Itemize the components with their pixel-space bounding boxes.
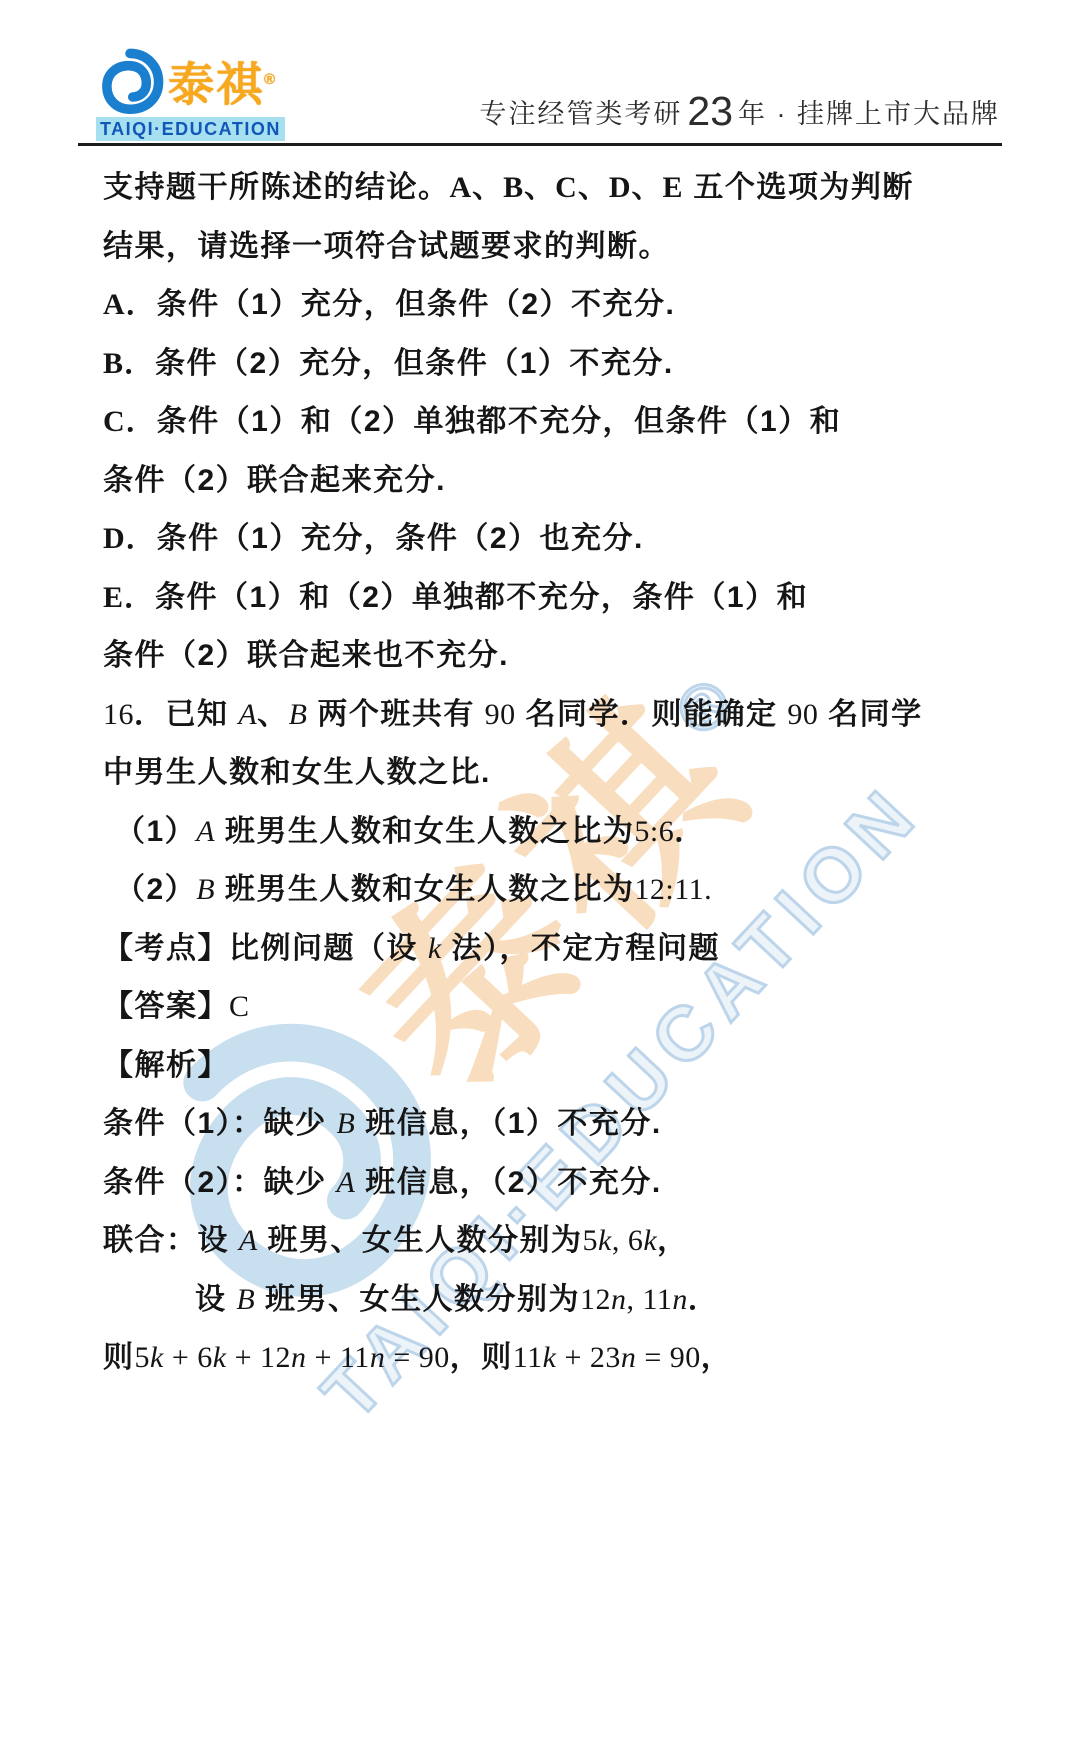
text-segment: 5:6 <box>634 815 674 848</box>
text-segment: 条件（2）：缺少 <box>103 1166 337 1199</box>
text-segment: A． <box>103 288 157 321</box>
taiqi-logo: 泰祺® TAIQI·EDUCATION <box>96 48 285 141</box>
text-segment: + 23 <box>556 1341 620 1374</box>
text-segment: C． <box>103 405 157 438</box>
text-segment: E． <box>103 581 155 614</box>
text-segment: ．已知 <box>134 698 238 731</box>
statement-1: （1）A 班男生人数和女生人数之比为5:6． <box>103 803 1020 862</box>
text-segment: = 90 <box>385 1341 449 1374</box>
text-segment: 条件（2）充分，但条件（1）不充分. <box>155 347 674 380</box>
option-a: A．条件（1）充分，但条件（2）不充分. <box>103 276 1020 335</box>
text-segment: n <box>672 1283 688 1316</box>
text-segment: 条件（1）和（2）单独都不充分，条件（1）和 <box>155 581 808 614</box>
text-segment: 、 <box>257 698 289 731</box>
analysis-equation: 则5k + 6k + 12n + 11n = 90，则11k + 23n = 9… <box>103 1329 1020 1388</box>
text-segment: 11 <box>513 1341 543 1374</box>
option-c-line-2: 条件（2）联合起来充分. <box>103 452 1020 511</box>
page-header: 泰祺® TAIQI·EDUCATION 专注经管类考研23年 · 挂牌上市大品牌 <box>0 0 1080 143</box>
text-segment: k <box>643 1224 657 1257</box>
text-segment: 16 <box>103 698 134 731</box>
intro-line-1: 支持题干所陈述的结论。A、B、C、D、E 五个选项为判断 <box>103 159 1020 218</box>
analysis-joint-1: 联合：设 A 班男、女生人数分别为5k, 6k， <box>103 1212 1020 1271</box>
text-segment: 【解析】 <box>103 1049 229 1082</box>
text-segment: 5 <box>135 1341 151 1374</box>
text-segment: 法），不定方程问题 <box>442 932 720 965</box>
text-segment: 设 <box>195 1283 236 1316</box>
text-segment: + 12 <box>227 1341 291 1374</box>
option-b: B．条件（2）充分，但条件（1）不充分. <box>103 335 1020 394</box>
text-segment: （2） <box>115 873 196 906</box>
text-segment: k <box>428 932 442 965</box>
text-segment: 班男、女生人数分别为 <box>255 1283 580 1316</box>
text-segment: = 90 <box>636 1341 700 1374</box>
option-c-line-1: C．条件（1）和（2）单独都不充分，但条件（1）和 <box>103 393 1020 452</box>
text-segment: 班男生人数和女生人数之比为 <box>215 815 634 848</box>
text-segment: 12:11 <box>634 873 704 906</box>
text-segment: 【答案】 <box>103 990 229 1023</box>
text-segment: A <box>239 1224 258 1257</box>
exam-point: 【考点】比例问题（设 k 法），不定方程问题 <box>103 920 1020 979</box>
text-segment: 条件（1）充分，条件（2）也充分. <box>157 522 644 555</box>
text-segment: ， <box>701 1341 733 1374</box>
logo-cn-text: 泰祺 <box>168 58 264 110</box>
analysis-label: 【解析】 <box>103 1037 1020 1096</box>
text-segment: 条件（1）充分，但条件（2）不充分. <box>157 288 676 321</box>
text-segment: 5 <box>583 1224 599 1257</box>
text-segment: C <box>229 990 250 1023</box>
document-page: 泰祺® TAIQI·EDUCATION 泰祺® TAIQI·EDUCATION … <box>0 0 1080 1760</box>
text-segment: 结果，请选择一项符合试题要求的判断。 <box>103 230 670 263</box>
tagline-years-number: 23 <box>682 88 738 134</box>
question-16-line-2: 中男生人数和女生人数之比. <box>103 744 1020 803</box>
text-segment: 12 <box>580 1283 611 1316</box>
text-segment: 【考点】比例问题（设 <box>103 932 428 965</box>
option-d: D．条件（1）充分，条件（2）也充分. <box>103 510 1020 569</box>
text-segment: k <box>543 1341 557 1374</box>
text-segment: 联合：设 <box>103 1224 239 1257</box>
text-segment: 班信息，（1）不充分. <box>355 1107 661 1140</box>
intro-line-2: 结果，请选择一项符合试题要求的判断。 <box>103 218 1020 277</box>
text-segment: n <box>621 1341 637 1374</box>
text-segment: B <box>337 1107 356 1140</box>
text-segment: + 6 <box>164 1341 213 1374</box>
text-segment: A <box>196 815 215 848</box>
header-tagline: 专注经管类考研23年 · 挂牌上市大品牌 <box>479 86 1000 133</box>
text-segment: 条件（1）和（2）单独都不充分，但条件（1）和 <box>157 405 842 438</box>
text-segment: n <box>611 1283 627 1316</box>
text-segment: . <box>704 873 712 906</box>
tagline-suffix: 年 · 挂牌上市大品牌 <box>738 99 1000 129</box>
text-segment: 五个选项为判断 <box>684 171 914 204</box>
text-segment: 中男生人数和女生人数之比. <box>103 756 491 789</box>
text-segment: ． <box>688 1283 720 1316</box>
text-segment: 班信息，（2）不充分. <box>355 1166 661 1199</box>
option-e-line-2: 条件（2）联合起来也不充分. <box>103 627 1020 686</box>
text-segment: 90 <box>787 698 818 731</box>
text-segment: B． <box>103 347 155 380</box>
document-body: 支持题干所陈述的结论。A、B、C、D、E 五个选项为判断结果，请选择一项符合试题… <box>0 146 1080 1388</box>
text-segment: ，则 <box>450 1341 513 1374</box>
logo-registered-mark: ® <box>264 71 277 88</box>
text-segment: n <box>291 1341 307 1374</box>
text-segment: A <box>238 698 257 731</box>
text-segment: 支持题干所陈述的结论。 <box>103 171 450 204</box>
text-segment: + 11 <box>307 1341 370 1374</box>
text-segment: 名同学．则能确定 <box>516 698 788 731</box>
text-segment: A、B、C、D、E <box>450 171 684 204</box>
text-segment: ． <box>674 815 706 848</box>
text-segment: k <box>598 1224 612 1257</box>
text-segment: ， <box>657 1224 689 1257</box>
analysis-cond-1: 条件（1）：缺少 B 班信息，（1）不充分. <box>103 1095 1020 1154</box>
text-segment: 90 <box>485 698 516 731</box>
text-segment: 条件（2）联合起来充分. <box>103 464 446 497</box>
taiqi-swirl-icon <box>96 48 164 116</box>
text-segment: 名同学 <box>818 698 922 731</box>
logo-brand-latin: TAIQI·EDUCATION <box>96 117 285 141</box>
question-16-line-1: 16．已知 A、B 两个班共有 90 名同学．则能确定 90 名同学 <box>103 686 1020 745</box>
text-segment: D． <box>103 522 157 555</box>
text-segment: 条件（1）：缺少 <box>103 1107 337 1140</box>
tagline-prefix: 专注经管类考研 <box>479 99 682 129</box>
text-segment: 班男生人数和女生人数之比为 <box>215 873 634 906</box>
text-segment: 两个班共有 <box>308 698 485 731</box>
option-e-line-1: E．条件（1）和（2）单独都不充分，条件（1）和 <box>103 569 1020 628</box>
logo-top-row: 泰祺® <box>96 48 277 116</box>
logo-brand-characters: 泰祺® <box>168 55 277 109</box>
analysis-cond-2: 条件（2）：缺少 A 班信息，（2）不充分. <box>103 1154 1020 1213</box>
text-segment: （1） <box>115 815 196 848</box>
text-segment: 条件（2）联合起来也不充分. <box>103 639 509 672</box>
text-segment: B <box>289 698 308 731</box>
text-segment: 则 <box>103 1341 135 1374</box>
text-segment: B <box>236 1283 255 1316</box>
text-segment: , 11 <box>627 1283 673 1316</box>
text-segment: 班男、女生人数分别为 <box>258 1224 583 1257</box>
text-segment: k <box>150 1341 164 1374</box>
analysis-joint-2: 设 B 班男、女生人数分别为12n, 11n． <box>103 1271 1020 1330</box>
answer: 【答案】C <box>103 978 1020 1037</box>
text-segment: A <box>337 1166 356 1199</box>
statement-2: （2）B 班男生人数和女生人数之比为12:11. <box>103 861 1020 920</box>
text-segment: , 6 <box>612 1224 644 1257</box>
text-segment: k <box>213 1341 227 1374</box>
text-segment: B <box>196 873 215 906</box>
text-segment: n <box>370 1341 386 1374</box>
